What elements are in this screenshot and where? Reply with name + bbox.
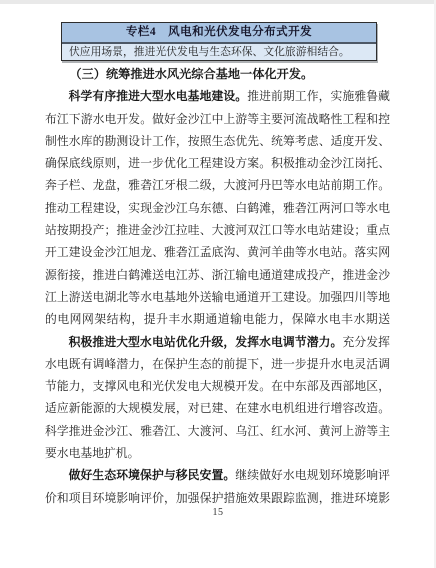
paragraph-text: 充分发挥 xyxy=(342,335,390,349)
callout-box: 专栏4 风电和光伏发电分布式开发 伏应用场景，推进光伏发电与生态环保、文化旅游相… xyxy=(61,22,377,61)
text-line: 开工建设金沙江旭龙、雅砻江孟底沟、黄河羊曲等水电站。落实网 xyxy=(45,241,390,263)
text-line: 确保底线原则，进一步优化工程建设方案。积极推动金沙江岗托、 xyxy=(45,152,390,174)
text-line: 江上游送电湖北等水电基地外送输电通道开工建设。加强四川等地 xyxy=(45,286,390,308)
callout-box-body: 伏应用场景，推进光伏发电与生态环保、文化旅游相结合。 xyxy=(62,44,376,60)
text-line: 科学推进金沙江、雅砻江、大渡河、乌江、红水河、黄河上游等主 xyxy=(45,420,390,442)
text-line: 奔子栏、龙盘，雅砻江牙根二级，大渡河丹巴等水电站前期工作。 xyxy=(45,174,390,196)
text-line: 站按期投产；推进金沙江拉哇、大渡河双江口等水电站建设；重点 xyxy=(45,219,390,241)
paragraph-lead: 做好生态环境保护与移民安置。 xyxy=(69,468,236,482)
text-line: 水电既有调峰潜力，在保护生态的前提下，进一步提升水电灵活调 xyxy=(45,353,390,375)
section-heading: （三）统筹推进水风光综合基地一体化开发。 xyxy=(45,63,390,85)
text-line: 的电网网架结构，提升丰水期通道输电能力，保障水电丰水期送出。 xyxy=(45,308,390,330)
page-number: 15 xyxy=(0,507,436,518)
text-line: 源衔接，推进白鹤滩送电江苏、浙江输电通道建成投产，推进金沙 xyxy=(45,264,390,286)
paragraph-text: 继续做好水电规划环境影响评 xyxy=(235,468,390,482)
text-line: 推动工程建设，实现金沙江乌东德、白鹤滩，雅砻江两河口等水电 xyxy=(45,197,390,219)
document-body: （三）统筹推进水风光综合基地一体化开发。 科学有序推进大型水电基地建设。推进前期… xyxy=(45,63,390,509)
paragraph-first-line: 科学有序推进大型水电基地建设。推进前期工作，实施雅鲁藏 xyxy=(45,85,390,107)
paragraph-lead: 科学有序推进大型水电基地建设。 xyxy=(69,89,248,103)
paragraph-first-line: 做好生态环境保护与移民安置。继续做好水电规划环境影响评 xyxy=(45,464,390,486)
text-line: 适应新能源的大规模发展，对已建、在建水电机组进行增容改造。 xyxy=(45,397,390,419)
text-line: 要水电基地扩机。 xyxy=(45,442,390,464)
text-line: 价和项目环境影响评价，加强保护措施效果跟踪监测，推进环境影 xyxy=(45,487,390,509)
document-page: 专栏4 风电和光伏发电分布式开发 伏应用场景，推进光伏发电与生态环保、文化旅游相… xyxy=(0,0,436,568)
paragraph-first-line: 积极推进大型水电站优化升级，发挥水电调节潜力。充分发挥 xyxy=(45,331,390,353)
callout-box-title: 专栏4 风电和光伏发电分布式开发 xyxy=(62,23,376,44)
text-line: 节能力，支撑风电和光伏发电大规模开发。在中东部及西部地区， xyxy=(45,375,390,397)
paragraph-lead: 积极推进大型水电站优化升级，发挥水电调节潜力。 xyxy=(69,335,343,349)
text-line: 布江下游水电开发。做好金沙江中上游等主要河流战略性工程和控 xyxy=(45,108,390,130)
text-line: 制性水库的勘测设计工作，按照生态优先、统筹考虑、适度开发、 xyxy=(45,130,390,152)
page-top-edge xyxy=(0,0,436,4)
paragraph-text: 推进前期工作，实施雅鲁藏 xyxy=(247,89,390,103)
